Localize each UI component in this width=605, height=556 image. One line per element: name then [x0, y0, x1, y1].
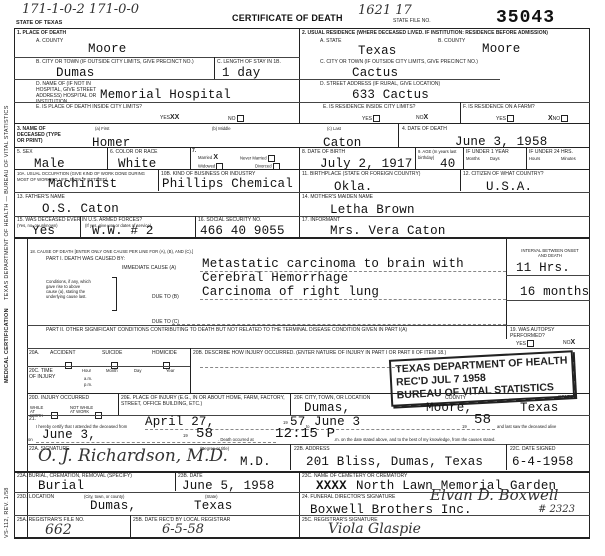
divider [415, 147, 416, 169]
divider [299, 471, 300, 537]
res-city-label: c. CITY OR TOWN (If outside city limits,… [320, 59, 478, 65]
not-while-at-work-checkbox[interactable] [94, 407, 102, 425]
divider [14, 169, 590, 170]
not-while-at-work-label: NOT WHILE AT WORK [70, 406, 94, 414]
interval-label: INTERVAL BETWEEN ONSET AND DEATH [520, 248, 580, 258]
divider [14, 57, 300, 58]
pod-county-value: Moore [88, 43, 127, 56]
sex-label: 5. SEX [17, 149, 33, 155]
autopsy-no[interactable]: NOX [563, 340, 575, 346]
pod-inside-no[interactable]: NO [228, 115, 244, 122]
place-of-death-label: 1. PLACE OF DEATH [17, 30, 66, 36]
day-label: Day [134, 368, 141, 374]
divider [299, 28, 300, 123]
time-of-injury-label: 20c. TIME OF INJURY [29, 368, 59, 380]
handwritten-number: 1621 17 [358, 3, 412, 18]
months-label: Months [466, 156, 480, 162]
brace [112, 277, 117, 311]
dob-label: 8. DATE OF BIRTH [302, 149, 345, 155]
medical-certification-side-label: MEDICAL CERTIFICATION [4, 308, 10, 383]
autopsy-label: 19. WAS AUTOPSY PERFORMED? [510, 327, 588, 339]
divider [130, 515, 131, 537]
days-label: Days [490, 156, 500, 162]
married-option[interactable]: Married X [198, 155, 218, 161]
cert-num: 21. [29, 416, 36, 422]
under-24-label: IF UNDER 24 HRS. [529, 149, 573, 155]
race-label: 6. COLOR OR RACE [110, 149, 158, 155]
divider [506, 300, 590, 301]
cert-text3: .m. on the date stated above, and to the… [334, 437, 496, 443]
divider [299, 147, 300, 169]
divider [14, 123, 590, 124]
birthplace-label: 11. BIRTHPLACE (State or foreign country… [302, 171, 420, 177]
divider [526, 147, 527, 169]
father-label: 13. FATHER'S NAME [17, 194, 65, 200]
pod-inside-yes[interactable]: YESXX [160, 115, 179, 121]
suicide-label: SUICIDE [102, 350, 122, 356]
father-value: O.S. Caton [42, 203, 119, 216]
minutes-label: Minutes [561, 156, 576, 162]
res-street-label: d. STREET ADDRESS (If rural, give locati… [320, 81, 440, 87]
divider [460, 102, 461, 123]
state-file-label: STATE FILE NO. [393, 18, 431, 24]
injury-state-value: Texas [520, 402, 559, 415]
degree-value: M.D. [240, 456, 271, 469]
divider [290, 444, 291, 470]
divider [299, 169, 300, 237]
res-inside-limits-label: e. IS RESIDENCE INSIDE CITY LIMITS? [323, 104, 415, 110]
part1-label: PART I. DEATH WAS CAUSED BY: [46, 256, 125, 262]
injury-city-value: Dumas, [304, 402, 350, 415]
interval-a-value: 11 Hrs. [516, 262, 570, 275]
pod-county-label: a. COUNTY [36, 38, 63, 44]
divider [460, 169, 461, 191]
marital-num: 7. [192, 148, 196, 154]
divider [190, 348, 191, 393]
document-title: CERTIFICATE OF DEATH [232, 13, 343, 23]
form-code-label: VS-112, REV. 1/58 [4, 487, 10, 538]
state-heading: STATE OF TEXAS [16, 20, 62, 26]
mother-label: 14. MOTHER'S MAIDEN NAME [302, 194, 373, 200]
res-street-value: 633 Cactus [352, 89, 429, 102]
line [36, 442, 276, 443]
date-signed-label: 22c. DATE SIGNED [510, 446, 555, 452]
registrar-date-value: 6-5-58 [162, 522, 204, 537]
last-seen-date: June 3, [42, 429, 96, 442]
under-year-label: IF UNDER 1 YEAR [466, 149, 509, 155]
physician-address: 201 Bliss, Dumas, Texas [306, 456, 483, 469]
year-prefix-3: 19 [183, 433, 188, 439]
handwritten-file-codes: 171-1-0-2 171-0-0 [22, 2, 139, 17]
divider [398, 123, 399, 147]
burial-location-label: 23d. LOCATION [17, 494, 54, 500]
divider [195, 216, 196, 237]
divider [118, 393, 119, 415]
citizen-label: 12. CITIZEN OF WHAT COUNTRY? [463, 171, 544, 177]
divider [14, 192, 590, 193]
name-of-deceased-label: 3. NAME OF DECEASED (Type or print) [17, 126, 67, 144]
divider [14, 237, 590, 239]
hours-label: Hours [529, 156, 540, 162]
never-married-option[interactable]: Never Married [240, 155, 275, 162]
hospital-value: Memorial Hospital [100, 89, 231, 102]
stay-label: c. LENGTH OF STAY in 1b. [217, 59, 281, 65]
informant-label: 17. INFORMANT [302, 217, 340, 223]
res-farm-yes[interactable]: YES [496, 115, 514, 122]
part2-label: PART II. OTHER SIGNIFICANT CONDITIONS CO… [46, 327, 407, 333]
received-stamp: TEXAS DEPARTMENT OF HEALTH REC'D JUL 7 1… [389, 350, 575, 407]
cert-text2: and last saw the deceased alive [497, 424, 556, 430]
on-label: on [28, 437, 33, 443]
due-to-b-label: DUE TO (b) [152, 294, 179, 300]
date-of-death-label: 4. DATE OF DEATH [402, 126, 447, 132]
accident-label: ACCIDENT [50, 350, 76, 356]
describe-injury-label: 20b. DESCRIBE HOW INJURY OCCURRED. (Ente… [193, 350, 446, 356]
frame-bottom [14, 537, 590, 539]
date-signed-value: 6-4-1958 [512, 456, 574, 469]
pod-inside-limits-label: e. IS PLACE OF DEATH INSIDE CITY LIMITS? [36, 104, 142, 110]
while-at-work-checkbox[interactable] [50, 407, 58, 425]
funeral-director-license: # 2323 [538, 504, 575, 515]
ssn-label: 16. SOCIAL SECURITY NO. [198, 217, 261, 223]
ampm-label: a.m. p.m. [84, 376, 94, 388]
res-farm-no[interactable]: XNO [548, 115, 568, 122]
state-file-number: 35043 [496, 8, 555, 28]
place-of-injury-label: 20e. PLACE OF INJURY (e.g., in or about … [121, 395, 291, 407]
address-label: 22b. ADDRESS [294, 446, 330, 452]
divider [107, 147, 108, 169]
res-county-label: b. COUNTY [438, 38, 465, 44]
homicide-label: HOMICIDE [152, 350, 177, 356]
year-label: Year [166, 368, 174, 374]
first-name-label: (a) First [95, 126, 109, 132]
immediate-cause-line2: Cerebral Hemorrhage [202, 272, 348, 285]
divider [27, 415, 590, 416]
divider [506, 239, 507, 339]
divider [506, 275, 590, 276]
frame-left [14, 28, 15, 538]
burial-location-state: Texas [194, 500, 233, 513]
autopsy-yes[interactable]: YES [516, 340, 534, 347]
burial-location-city: Dumas, [90, 500, 136, 513]
divider [506, 444, 507, 470]
divider [14, 147, 590, 148]
res-state-label: a. STATE [320, 38, 341, 44]
hour-label: Hour [82, 368, 91, 374]
business-value: Phillips Chemical [162, 178, 293, 191]
line [200, 299, 506, 300]
divider [27, 348, 590, 349]
registrar-file-value: 662 [45, 522, 72, 538]
res-inside-no[interactable]: NOX [416, 115, 428, 121]
divider [27, 325, 590, 326]
divider [300, 79, 500, 80]
divider [158, 169, 159, 191]
attended-to-year: 58 [474, 414, 491, 427]
middle-name-label: (b) Middle [212, 126, 231, 132]
occupation-value: Machinist [48, 178, 117, 191]
frame-right [589, 28, 590, 538]
divider [463, 147, 464, 169]
injury-county-value: Moore, [426, 402, 472, 415]
funeral-director-signature: Elvan D. Boxwell [430, 486, 558, 504]
interval-b-value: 16 months [520, 286, 589, 299]
frame-top [14, 28, 590, 29]
res-county-value: Moore [482, 43, 521, 56]
last-name-label: (c) Last [327, 126, 341, 132]
usual-residence-label: 2. USUAL RESIDENCE (Where deceased lived… [302, 30, 548, 36]
injury-num: 20a. [29, 350, 39, 356]
last-seen-year: 58 [196, 428, 213, 441]
due-to-b-value: Carcinoma of right lung [202, 286, 379, 299]
divider [190, 147, 191, 169]
divider [80, 216, 81, 237]
death-time-value: 12:15 P [275, 428, 335, 441]
cause-of-death-label: 18. CAUSE OF DEATH [Enter only one cause… [30, 249, 193, 255]
divider [175, 471, 176, 491]
injury-state-label: STATE [558, 395, 573, 401]
line [200, 367, 400, 368]
immediate-cause-label: IMMEDIATE CAUSE (a) [122, 265, 176, 271]
divider [290, 393, 291, 415]
department-side-label: TEXAS DEPARTMENT OF HEALTH — BUREAU OF V… [4, 105, 10, 300]
injury-occurred-label: 20d. INJURY OCCURRED [29, 395, 89, 401]
month-label: Month [106, 368, 118, 374]
divider [214, 57, 215, 79]
physician-signature: O. J. Richardson, M.D. [38, 446, 228, 466]
immediate-cause-line1: Metastatic carcinoma to brain with [202, 258, 464, 271]
divider [14, 515, 590, 516]
funeral-director-label: 24. FUNERAL DIRECTOR'S SIGNATURE [302, 494, 395, 500]
res-inside-yes[interactable]: YES [362, 115, 380, 122]
divider [14, 102, 590, 103]
res-state-value: Texas [358, 45, 397, 58]
pod-city-label: b. CITY OR TOWN (If outside city limits,… [36, 59, 194, 65]
conditions-note: Conditions, if any, which gave rise to a… [46, 279, 91, 299]
divider [14, 79, 300, 80]
res-farm-label: f. IS RESIDENCE ON A FARM? [463, 104, 535, 110]
divider [27, 366, 190, 367]
registrar-signature: Viola Glaspie [328, 521, 421, 537]
